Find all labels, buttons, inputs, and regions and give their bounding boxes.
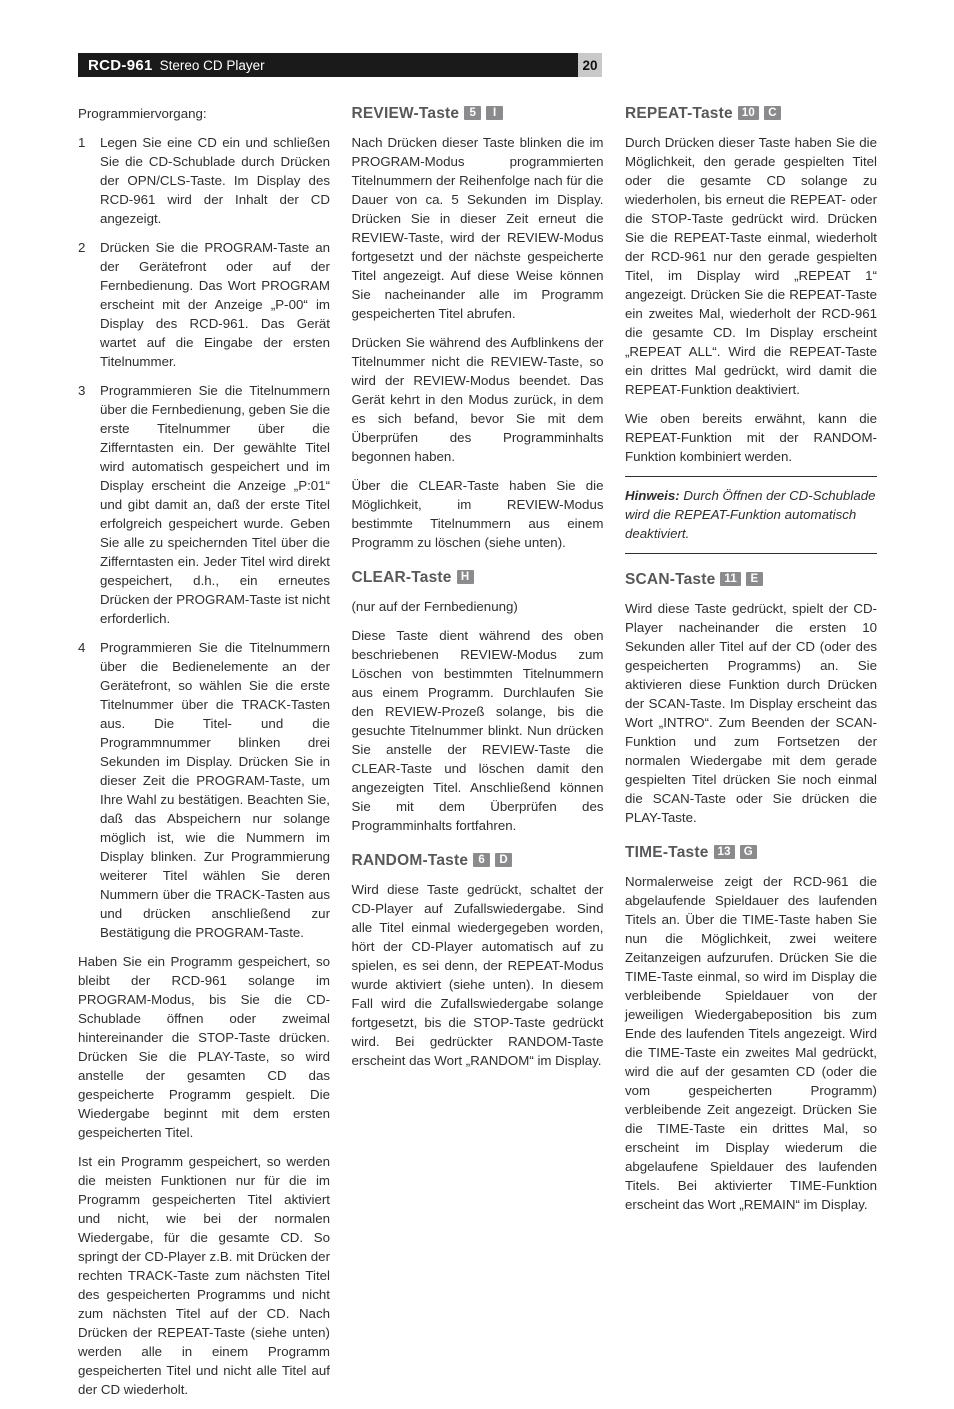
numbered-list-item: 4Programmieren Sie die Titelnummern über…	[78, 638, 330, 942]
section-heading-label: CLEAR-Taste	[352, 568, 452, 587]
section-heading: REPEAT-Taste10C	[625, 104, 877, 123]
section-heading-label: SCAN-Taste	[625, 570, 715, 589]
page-number: 20	[578, 53, 602, 77]
paragraph: Wird diese Taste gedrückt, schaltet der …	[352, 880, 604, 1070]
paragraph: Ist ein Programm gespeichert, so werden …	[78, 1152, 330, 1399]
model-name: RCD-961	[88, 57, 153, 74]
section-heading-label: REVIEW-Taste	[352, 104, 460, 123]
list-item-text: Programmieren Sie die Titelnummern über …	[100, 381, 330, 628]
key-reference-badge: E	[746, 572, 763, 586]
list-item-text: Legen Sie eine CD ein und schließen Sie …	[100, 133, 330, 228]
key-reference-badge: 11	[720, 572, 741, 586]
key-reference-badge: C	[764, 106, 781, 120]
numbered-list-item: 2Drücken Sie die PROGRAM-Taste an der Ge…	[78, 238, 330, 371]
paragraph: Programmiervorgang:	[78, 104, 330, 123]
column-3: REPEAT-Taste10CDurch Drücken dieser Tast…	[625, 104, 877, 1409]
paragraph: Über die CLEAR-Taste haben Sie die Mögli…	[352, 476, 604, 552]
list-item-number: 4	[78, 638, 100, 942]
column-1: Programmiervorgang:1Legen Sie eine CD ei…	[78, 104, 330, 1409]
key-reference-badge: 6	[473, 853, 490, 867]
paragraph: (nur auf der Fernbedienung)	[352, 597, 604, 616]
key-reference-badge: I	[486, 106, 503, 120]
key-reference-badge: 13	[714, 845, 735, 859]
note-lead: Hinweis:	[625, 488, 680, 503]
paragraph: Haben Sie ein Programm gespeichert, so b…	[78, 952, 330, 1142]
list-item-number: 3	[78, 381, 100, 628]
section-heading: RANDOM-Taste6D	[352, 851, 604, 870]
paragraph: Drücken Sie während des Aufblinkens der …	[352, 333, 604, 466]
list-item-number: 2	[78, 238, 100, 371]
list-item-text: Programmieren Sie die Titelnummern über …	[100, 638, 330, 942]
section-heading: SCAN-Taste11E	[625, 570, 877, 589]
key-reference-badge: 10	[738, 106, 759, 120]
product-type: Stereo CD Player	[160, 58, 265, 73]
paragraph: Diese Taste dient während des oben besch…	[352, 626, 604, 835]
section-heading-label: REPEAT-Taste	[625, 104, 733, 123]
key-reference-badge: 5	[464, 106, 481, 120]
section-heading-label: RANDOM-Taste	[352, 851, 469, 870]
key-reference-badge: H	[457, 570, 474, 584]
paragraph: Wie oben bereits erwähnt, kann die REPEA…	[625, 409, 877, 466]
manual-content: Programmiervorgang:1Legen Sie eine CD ei…	[78, 104, 877, 1409]
column-2: REVIEW-Taste5INach Drücken dieser Taste …	[352, 104, 604, 1409]
section-heading-label: TIME-Taste	[625, 843, 709, 862]
list-item-text: Drücken Sie die PROGRAM-Taste an der Ger…	[100, 238, 330, 371]
numbered-list-item: 1Legen Sie eine CD ein und schließen Sie…	[78, 133, 330, 228]
paragraph: Wird diese Taste gedrückt, spielt der CD…	[625, 599, 877, 827]
key-reference-badge: D	[495, 853, 512, 867]
paragraph: Nach Drücken dieser Taste blinken die im…	[352, 133, 604, 323]
list-item-number: 1	[78, 133, 100, 228]
section-heading: CLEAR-TasteH	[352, 568, 604, 587]
paragraph: Durch Drücken dieser Taste haben Sie die…	[625, 133, 877, 399]
numbered-list-item: 3Programmieren Sie die Titelnummern über…	[78, 381, 330, 628]
key-reference-badge: G	[740, 845, 757, 859]
page-header: RCD-961 Stereo CD Player 20	[78, 53, 602, 77]
header-title-bar: RCD-961 Stereo CD Player	[78, 53, 578, 77]
note-block: Hinweis: Durch Öffnen der CD-Schublade w…	[625, 476, 877, 554]
section-heading: REVIEW-Taste5I	[352, 104, 604, 123]
section-heading: TIME-Taste13G	[625, 843, 877, 862]
paragraph: Normalerweise zeigt der RCD-961 die abge…	[625, 872, 877, 1214]
